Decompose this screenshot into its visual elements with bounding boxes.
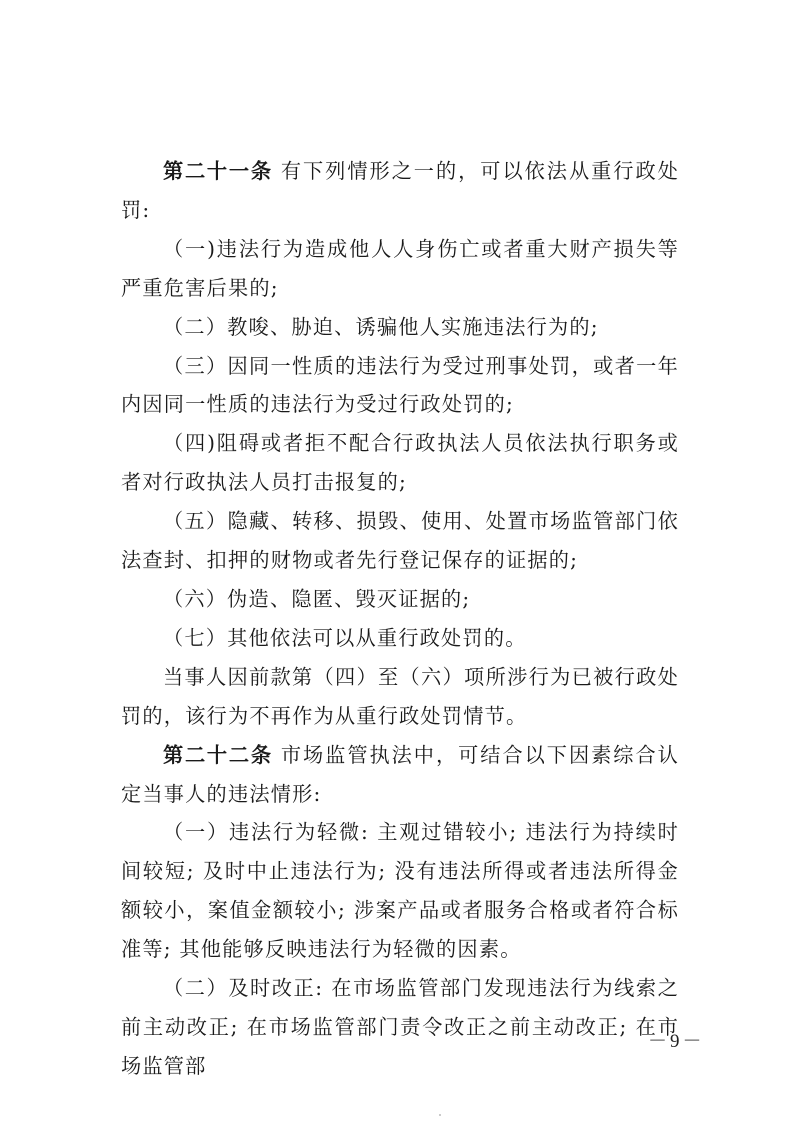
article-22-item-2: （二）及时改正: 在市场监管部门发现违法行为线索之前主动改正; 在市场监管部门责… — [121, 969, 679, 1086]
scan-speck — [439, 1114, 441, 1116]
article-21-item-2: （二）教唆、胁迫、诱骗他人实施违法行为的; — [121, 308, 679, 347]
document-page: 第二十一条有下列情形之一的，可以依法从重行政处罚: （一)违法行为造成他人人身伤… — [0, 0, 793, 1122]
page-number: －9－ — [648, 1026, 705, 1053]
article-21-item-4: （四)阻碍或者拒不配合行政执法人员依法执行职务或者对行政执法人员打击报复的; — [121, 424, 679, 502]
article-21-item-5: （五）隐藏、转移、损毁、使用、处置市场监管部门依法查封、扣押的财物或者先行登记保… — [121, 502, 679, 580]
article-21-item-3: （三）因同一性质的违法行为受过刑事处罚，或者一年内因同一性质的违法行为受过行政处… — [121, 347, 679, 425]
article-21-item-1: （一)违法行为造成他人人身伤亡或者重大财产损失等严重危害后果的; — [121, 230, 679, 308]
article-22-item-1: （一）违法行为轻微: 主观过错较小; 违法行为持续时间较短; 及时中止违法行为;… — [121, 813, 679, 969]
article-21-item-6: （六）伪造、隐匿、毁灭证据的; — [121, 580, 679, 619]
article-22-title: 第二十二条 — [163, 743, 273, 767]
article-21-item-7: （七）其他依法可以从重行政处罚的。 — [121, 619, 679, 658]
article-21-title: 第二十一条 — [163, 159, 273, 183]
document-body: 第二十一条有下列情形之一的，可以依法从重行政处罚: （一)违法行为造成他人人身伤… — [121, 152, 679, 1086]
article-21-note: 当事人因前款第（四）至（六）项所涉行为已被行政处罚的，该行为不再作为从重行政处罚… — [121, 658, 679, 736]
article-22-heading: 第二十二条市场监管执法中，可结合以下因素综合认定当事人的违法情形: — [121, 736, 679, 814]
article-21-heading: 第二十一条有下列情形之一的，可以依法从重行政处罚: — [121, 152, 679, 230]
